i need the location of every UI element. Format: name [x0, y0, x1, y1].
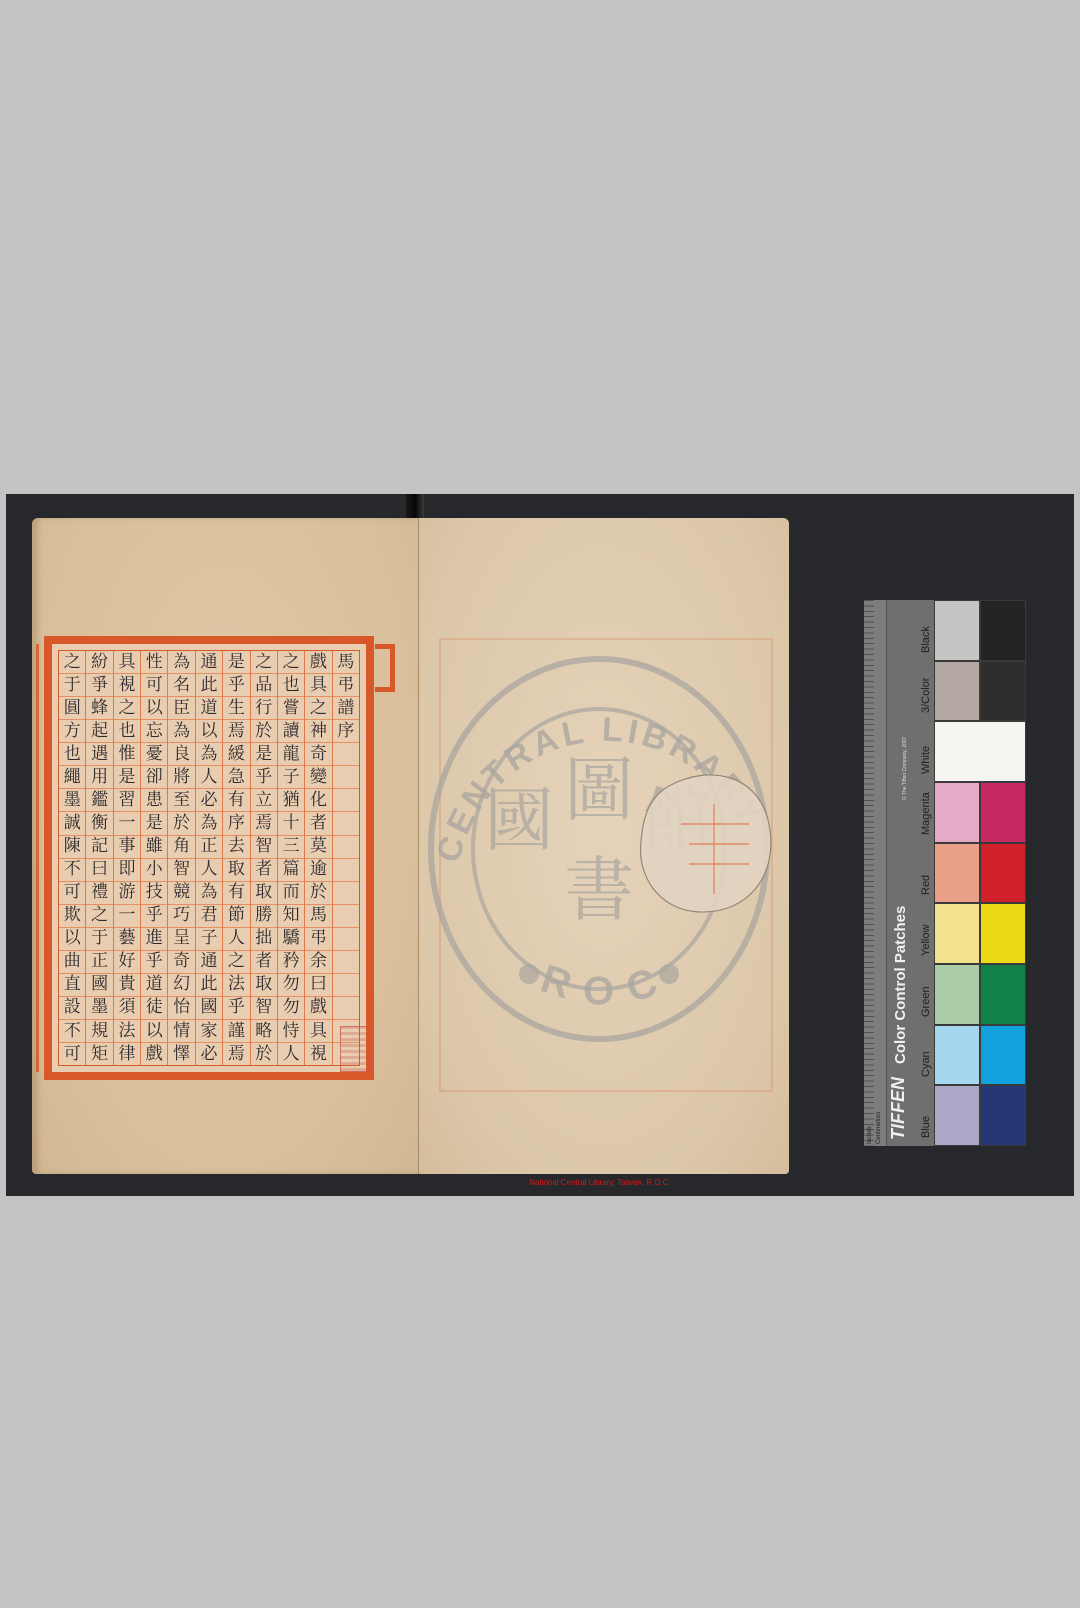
- text-cell: 名: [168, 674, 194, 697]
- text-cell: 為: [168, 720, 194, 743]
- text-cell: 人: [278, 1043, 304, 1065]
- text-column: 為名臣為良將至於角智競巧呈奇幻怡情懌: [167, 651, 194, 1065]
- text-cell: 戲: [305, 651, 331, 674]
- text-cell: 法: [223, 974, 249, 997]
- text-cell: 乎: [223, 997, 249, 1020]
- text-cell: 技: [141, 882, 167, 905]
- text-cell: 智: [168, 859, 194, 882]
- text-cell: 乎: [141, 905, 167, 928]
- stamp-bottom-text: ROC: [536, 953, 680, 1013]
- text-cell: 直: [59, 974, 85, 997]
- text-cell: 生: [223, 697, 249, 720]
- patch-white-light: [934, 721, 1026, 782]
- text-cell: 之: [86, 905, 112, 928]
- text-column: 是乎生焉緩急有序去取有節人之法乎謹焉: [222, 651, 249, 1065]
- text-cell: 略: [251, 1020, 277, 1043]
- text-cell: 家: [196, 1020, 222, 1043]
- patch-label: Cyan: [920, 1052, 932, 1078]
- text-cell: 焉: [251, 812, 277, 835]
- stamp-char: 國: [484, 779, 554, 861]
- text-cell: 逾: [305, 859, 331, 882]
- text-cell: 乎: [223, 674, 249, 697]
- text-cell: 規: [86, 1020, 112, 1043]
- text-cell: 為: [168, 651, 194, 674]
- text-cell: 也: [278, 674, 304, 697]
- text-cell: 是: [114, 766, 140, 789]
- text-cell: 譜: [333, 697, 359, 720]
- text-cell: 乎: [251, 766, 277, 789]
- text-cell: 道: [196, 697, 222, 720]
- text-cell: 陳: [59, 836, 85, 859]
- text-cell: 徒: [141, 997, 167, 1020]
- text-cell: 以: [141, 697, 167, 720]
- card-title: Color Control Patches: [892, 906, 909, 1064]
- text-cell: 取: [223, 859, 249, 882]
- library-stamp-icon: CENTRAL LIBRARY ROC 國 圖 書 館: [419, 614, 779, 1054]
- text-cell: 焉: [223, 1043, 249, 1065]
- stamp-char: 圖: [564, 749, 634, 831]
- text-cell: 藝: [114, 928, 140, 951]
- text-cell: 一: [114, 905, 140, 928]
- text-cell: [333, 836, 359, 859]
- text-cell: 角: [168, 836, 194, 859]
- text-cell: [333, 928, 359, 951]
- text-cell: 者: [251, 859, 277, 882]
- text-cell: 記: [86, 836, 112, 859]
- text-cell: 急: [223, 766, 249, 789]
- text-cell: 怡: [168, 997, 194, 1020]
- text-cell: 具: [114, 651, 140, 674]
- text-cell: 之: [114, 697, 140, 720]
- text-cell: 國: [86, 974, 112, 997]
- ruler-ticks: [864, 600, 874, 1146]
- text-cell: 者: [251, 951, 277, 974]
- text-cell: 化: [305, 789, 331, 812]
- patch-blue-dark: [980, 1085, 1026, 1146]
- text-cell: 以: [141, 1020, 167, 1043]
- text-cell: 為: [196, 882, 222, 905]
- text-cell: 之: [251, 651, 277, 674]
- svg-text:ROC: ROC: [536, 953, 680, 1013]
- text-cell: 為: [196, 812, 222, 835]
- ruler-unit-inches: Inches: [867, 1126, 873, 1144]
- text-cell: 也: [114, 720, 140, 743]
- text-cell: 墨: [59, 789, 85, 812]
- text-cell: 驕: [278, 928, 304, 951]
- text-cell: [333, 812, 359, 835]
- text-cell: 之: [278, 651, 304, 674]
- text-cell: 惟: [114, 743, 140, 766]
- text-cell: 可: [141, 674, 167, 697]
- patch-label: 3/Color: [920, 678, 932, 713]
- text-cell: 鑑: [86, 789, 112, 812]
- text-cell: 憂: [141, 743, 167, 766]
- text-cell: 將: [168, 766, 194, 789]
- text-cell: 人: [196, 859, 222, 882]
- card-copyright: © The Tiffen Company, 2007: [902, 737, 908, 800]
- text-column: 戲具之神奇變化者莫逾於馬弔余曰戲具視: [304, 651, 331, 1065]
- text-column: 馬弔譜序: [332, 651, 359, 1065]
- text-cell: 于: [59, 674, 85, 697]
- text-cell: 猶: [278, 789, 304, 812]
- text-cell: 此: [196, 974, 222, 997]
- text-cell: 律: [114, 1043, 140, 1065]
- text-cell: 紛: [86, 651, 112, 674]
- text-cell: 余: [305, 951, 331, 974]
- patch-label: Yellow: [920, 925, 932, 956]
- red-text-frame: 馬弔譜序戲具之神奇變化者莫逾於馬弔余曰戲具視之也嘗讀龍子猶十三篇而知驕矜勿勿恃人…: [44, 636, 374, 1080]
- text-cell: 忘: [141, 720, 167, 743]
- stamp-char: 書: [564, 849, 634, 931]
- text-cell: 於: [251, 720, 277, 743]
- text-cell: 具: [305, 1020, 331, 1043]
- text-cell: 智: [251, 997, 277, 1020]
- text-cell: [333, 859, 359, 882]
- text-cell: 不: [59, 1020, 85, 1043]
- patch-cyan-light: [934, 1025, 980, 1086]
- text-cell: 君: [196, 905, 222, 928]
- text-cell: 矜: [278, 951, 304, 974]
- text-cell: 人: [196, 766, 222, 789]
- text-cell: 矩: [86, 1043, 112, 1065]
- text-cell: 緩: [223, 743, 249, 766]
- text-cell: 國: [196, 997, 222, 1020]
- text-cell: 恃: [278, 1020, 304, 1043]
- text-cell: 進: [141, 928, 167, 951]
- text-cell: 情: [168, 1020, 194, 1043]
- text-cell: 龍: [278, 743, 304, 766]
- text-cell: 道: [141, 974, 167, 997]
- text-cell: 品: [251, 674, 277, 697]
- text-cell: 于: [86, 928, 112, 951]
- text-cell: 行: [251, 697, 277, 720]
- color-patches: [934, 600, 1026, 1146]
- text-cell: 也: [59, 743, 85, 766]
- text-cell: 禮: [86, 882, 112, 905]
- text-cell: 卻: [141, 766, 167, 789]
- text-cell: 誠: [59, 812, 85, 835]
- spine-shadow: [406, 494, 424, 520]
- text-cell: 小: [141, 859, 167, 882]
- text-cell: [333, 882, 359, 905]
- text-cell: [333, 743, 359, 766]
- text-cell: 用: [86, 766, 112, 789]
- text-cell: [333, 974, 359, 997]
- text-cell: 貴: [114, 974, 140, 997]
- text-cell: 起: [86, 720, 112, 743]
- text-cell: 之: [305, 697, 331, 720]
- text-cell: 於: [251, 1043, 277, 1065]
- text-cell: 智: [251, 836, 277, 859]
- patch-black-dark: [980, 600, 1026, 661]
- text-column: 紛爭蜂起遇用鑑衡記曰禮之于正國墨規矩: [85, 651, 112, 1065]
- text-cell: 懌: [168, 1043, 194, 1065]
- text-cell: 馬: [305, 905, 331, 928]
- color-control-card: Inches Centimetres TIFFEN Color Control …: [864, 600, 1026, 1146]
- text-cell: 嘗: [278, 697, 304, 720]
- text-cell: 子: [278, 766, 304, 789]
- text-cell: 變: [305, 766, 331, 789]
- text-cell: 此: [196, 674, 222, 697]
- text-cell: 篇: [278, 859, 304, 882]
- patch-label: Red: [920, 875, 932, 895]
- patch-magenta-light: [934, 782, 980, 843]
- text-cell: 視: [114, 674, 140, 697]
- text-cell: 焉: [223, 720, 249, 743]
- text-cell: 即: [114, 859, 140, 882]
- left-page: 馬弔譜序戲具之神奇變化者莫逾於馬弔余曰戲具視之也嘗讀龍子猶十三篇而知驕矜勿勿恃人…: [32, 518, 418, 1174]
- text-cell: 謹: [223, 1020, 249, 1043]
- text-cell: 以: [59, 928, 85, 951]
- text-cell: 戲: [141, 1043, 167, 1065]
- text-cell: 之: [59, 651, 85, 674]
- text-column: 性可以忘憂卻患是雖小技乎進乎道徒以戲: [140, 651, 167, 1065]
- patch-red-dark: [980, 843, 1026, 904]
- text-cell: 不: [59, 859, 85, 882]
- text-column: 之也嘗讀龍子猶十三篇而知驕矜勿勿恃人: [277, 651, 304, 1065]
- text-cell: 為: [196, 743, 222, 766]
- patch-red-light: [934, 843, 980, 904]
- text-cell: [333, 951, 359, 974]
- text-cell: 讀: [278, 720, 304, 743]
- text-grid: 馬弔譜序戲具之神奇變化者莫逾於馬弔余曰戲具視之也嘗讀龍子猶十三篇而知驕矜勿勿恃人…: [58, 650, 360, 1066]
- text-cell: 事: [114, 836, 140, 859]
- text-cell: 十: [278, 812, 304, 835]
- text-cell: 必: [196, 789, 222, 812]
- text-cell: 游: [114, 882, 140, 905]
- text-cell: 有: [223, 882, 249, 905]
- text-cell: 序: [223, 812, 249, 835]
- text-cell: 節: [223, 905, 249, 928]
- text-cell: 於: [305, 882, 331, 905]
- text-cell: 法: [114, 1020, 140, 1043]
- right-page: CENTRAL LIBRARY ROC 國 圖 書 館: [418, 518, 789, 1174]
- text-cell: 而: [278, 882, 304, 905]
- text-cell: [333, 789, 359, 812]
- text-cell: 通: [196, 651, 222, 674]
- text-cell: 者: [305, 812, 331, 835]
- patch-cyan-dark: [980, 1025, 1026, 1086]
- text-cell: 之: [223, 951, 249, 974]
- patch-3-color-dark: [980, 661, 1026, 722]
- text-cell: 圓: [59, 697, 85, 720]
- text-cell: 爭: [86, 674, 112, 697]
- text-cell: 奇: [168, 951, 194, 974]
- text-cell: 馬: [333, 651, 359, 674]
- text-cell: 勿: [278, 997, 304, 1020]
- patch-label: Blue: [920, 1116, 932, 1138]
- text-cell: 視: [305, 1043, 331, 1065]
- text-cell: 三: [278, 836, 304, 859]
- text-cell: 是: [223, 651, 249, 674]
- text-cell: 設: [59, 997, 85, 1020]
- patch-green-dark: [980, 964, 1026, 1025]
- text-column: 之品行於是乎立焉智者取勝拙者取智略於: [250, 651, 277, 1065]
- text-cell: 立: [251, 789, 277, 812]
- ruler: Inches Centimetres: [864, 600, 887, 1146]
- tiffen-brand: TIFFEN: [888, 1077, 909, 1140]
- patch-yellow-light: [934, 903, 980, 964]
- text-cell: 曲: [59, 951, 85, 974]
- text-cell: 墨: [86, 997, 112, 1020]
- text-cell: 可: [59, 1043, 85, 1065]
- text-cell: 序: [333, 720, 359, 743]
- text-cell: 取: [251, 974, 277, 997]
- text-cell: 好: [114, 951, 140, 974]
- library-caption: National Central Library, Taiwan, R.O.C.: [6, 1178, 1074, 1187]
- patch-label: Magenta: [920, 792, 932, 835]
- text-cell: 子: [196, 928, 222, 951]
- text-cell: 衡: [86, 812, 112, 835]
- text-cell: 必: [196, 1043, 222, 1065]
- text-cell: [333, 905, 359, 928]
- patch-green-light: [934, 964, 980, 1025]
- text-cell: 曰: [86, 859, 112, 882]
- text-cell: 患: [141, 789, 167, 812]
- text-cell: 可: [59, 882, 85, 905]
- text-cell: 是: [251, 743, 277, 766]
- text-cell: 有: [223, 789, 249, 812]
- text-cell: 呈: [168, 928, 194, 951]
- patch-blue-light: [934, 1085, 980, 1146]
- text-cell: 於: [168, 812, 194, 835]
- text-cell: 弔: [333, 674, 359, 697]
- frame-ear-tab: [375, 644, 395, 692]
- text-cell: 習: [114, 789, 140, 812]
- text-cell: 臣: [168, 697, 194, 720]
- text-cell: 勿: [278, 974, 304, 997]
- text-cell: 勝: [251, 905, 277, 928]
- text-cell: 莫: [305, 836, 331, 859]
- text-cell: 遇: [86, 743, 112, 766]
- text-cell: 以: [196, 720, 222, 743]
- patch-magenta-dark: [980, 782, 1026, 843]
- text-cell: 神: [305, 720, 331, 743]
- ruler-unit-cm: Centimetres: [876, 1112, 882, 1144]
- patch-label: White: [920, 746, 932, 774]
- text-cell: 正: [196, 836, 222, 859]
- text-cell: 去: [223, 836, 249, 859]
- text-cell: 繩: [59, 766, 85, 789]
- text-cell: 性: [141, 651, 167, 674]
- collector-seal-icon: [340, 1026, 372, 1072]
- patch-black-light: [934, 600, 980, 661]
- text-column: 之于圓方也繩墨誠陳不可欺以曲直設不可: [59, 651, 85, 1065]
- text-cell: 正: [86, 951, 112, 974]
- text-cell: [333, 766, 359, 789]
- text-cell: 拙: [251, 928, 277, 951]
- text-cell: 競: [168, 882, 194, 905]
- patch-3-color-light: [934, 661, 980, 722]
- text-cell: 一: [114, 812, 140, 835]
- text-cell: 曰: [305, 974, 331, 997]
- patch-label: Black: [920, 626, 932, 653]
- text-cell: 至: [168, 789, 194, 812]
- text-cell: 弔: [305, 928, 331, 951]
- text-cell: 雖: [141, 836, 167, 859]
- text-cell: 幻: [168, 974, 194, 997]
- text-cell: 蜂: [86, 697, 112, 720]
- text-cell: 是: [141, 812, 167, 835]
- text-cell: [333, 997, 359, 1020]
- text-column: 通此道以為人必為正人為君子通此國家必: [195, 651, 222, 1065]
- patch-label: Green: [920, 986, 932, 1017]
- text-cell: 取: [251, 882, 277, 905]
- text-cell: 須: [114, 997, 140, 1020]
- patch-yellow-dark: [980, 903, 1026, 964]
- text-cell: 方: [59, 720, 85, 743]
- text-cell: 戲: [305, 997, 331, 1020]
- text-cell: 乎: [141, 951, 167, 974]
- text-cell: 欺: [59, 905, 85, 928]
- text-cell: 人: [223, 928, 249, 951]
- text-cell: 具: [305, 674, 331, 697]
- text-column: 具視之也惟是習一事即游一藝好貴須法律: [113, 651, 140, 1065]
- text-cell: 良: [168, 743, 194, 766]
- text-cell: 奇: [305, 743, 331, 766]
- scan-area: 馬弔譜序戲具之神奇變化者莫逾於馬弔余曰戲具視之也嘗讀龍子猶十三篇而知驕矜勿勿恃人…: [6, 494, 1074, 1196]
- text-cell: 知: [278, 905, 304, 928]
- text-cell: 通: [196, 951, 222, 974]
- text-cell: 巧: [168, 905, 194, 928]
